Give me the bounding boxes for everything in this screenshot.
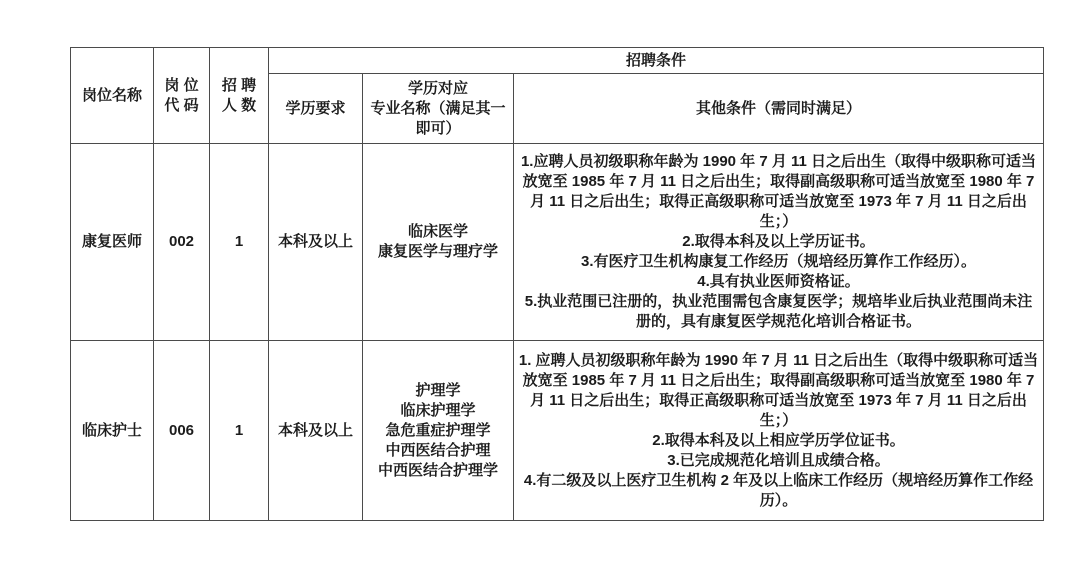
recruitment-notice-page: 岗位名称 岗 位 代 码 招 聘 人 数 招聘条件 学历要求 学历对应 专业名称…	[0, 0, 1080, 570]
education-cell: 本科及以上	[269, 144, 363, 341]
headcount-cell: 1	[210, 144, 269, 341]
header-position-code: 岗 位 代 码	[154, 48, 210, 144]
other-conditions-cell: 1.应聘人员初级职称年龄为 1990 年 7 月 11 日之后出生（取得中级职称…	[514, 144, 1044, 341]
position-code-cell: 002	[154, 144, 210, 341]
majors-cell: 临床医学 康复医学与理疗学	[363, 144, 514, 341]
position-name-cell: 临床护士	[71, 341, 154, 521]
header-recruitment-conditions: 招聘条件	[269, 48, 1044, 74]
table-row-rehab-physician: 康复医师 002 1 本科及以上 临床医学 康复医学与理疗学 1.应聘人员初级职…	[71, 144, 1044, 341]
recruitment-table: 岗位名称 岗 位 代 码 招 聘 人 数 招聘条件 学历要求 学历对应 专业名称…	[70, 47, 1044, 521]
header-row-top: 岗位名称 岗 位 代 码 招 聘 人 数 招聘条件	[71, 48, 1044, 74]
header-other-conditions: 其他条件（需同时满足）	[514, 74, 1044, 144]
majors-cell: 护理学 临床护理学 急危重症护理学 中西医结合护理 中西医结合护理学	[363, 341, 514, 521]
position-name-cell: 康复医师	[71, 144, 154, 341]
header-education-requirement: 学历要求	[269, 74, 363, 144]
position-code-cell: 006	[154, 341, 210, 521]
header-headcount: 招 聘 人 数	[210, 48, 269, 144]
header-major-names: 学历对应 专业名称（满足其一 即可）	[363, 74, 514, 144]
other-conditions-cell: 1. 应聘人员初级职称年龄为 1990 年 7 月 11 日之后出生（取得中级职…	[514, 341, 1044, 521]
education-cell: 本科及以上	[269, 341, 363, 521]
table-row-clinical-nurse: 临床护士 006 1 本科及以上 护理学 临床护理学 急危重症护理学 中西医结合…	[71, 341, 1044, 521]
headcount-cell: 1	[210, 341, 269, 521]
header-position-name: 岗位名称	[71, 48, 154, 144]
